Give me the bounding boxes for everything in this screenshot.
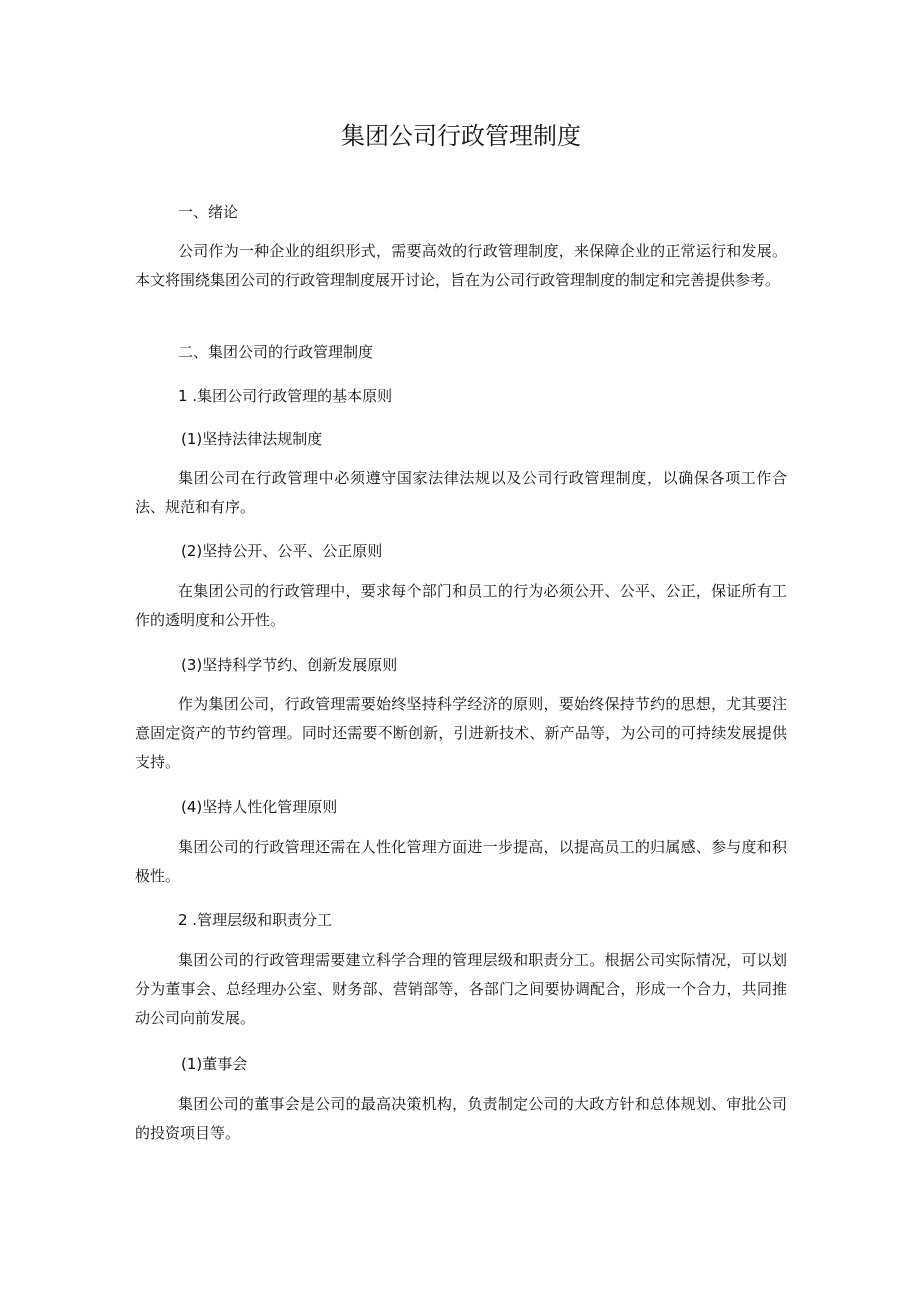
paragraph-hierarchy-duties: 集团公司的行政管理需要建立科学合理的管理层级和职责分工。根据公司实际情况，可以划… — [135, 946, 787, 1033]
item-heading-openness-fairness: (2)坚持公开、公平、公正原则 — [135, 537, 833, 566]
item-heading-board-of-directors: (1)董事会 — [135, 1050, 833, 1079]
paragraph-laws-regulations: 集团公司在行政管理中必须遵守国家法律法规以及公司行政管理制度，以确保各项工作合法… — [135, 464, 787, 522]
paragraph-economy-innovation: 作为集团公司，行政管理需要始终坚持科学经济的原则，要始终保持节约的思想，尤其要注… — [135, 690, 787, 777]
paragraph-humanized-management: 集团公司的行政管理还需在人性化管理方面进一步提高，以提高员工的归属感、参与度和积… — [135, 833, 787, 891]
subsection-heading-basic-principles: 1 .集团公司行政管理的基本原则 — [135, 382, 830, 411]
paragraph-introduction: 公司作为一种企业的组织形式，需要高效的行政管理制度，来保障企业的正常运行和发展。… — [135, 237, 787, 295]
item-heading-laws-regulations: (1)坚持法律法规制度 — [135, 425, 833, 454]
subsection-heading-hierarchy-duties: 2 .管理层级和职责分工 — [135, 906, 830, 935]
item-heading-economy-innovation: (3)坚持科学节约、创新发展原则 — [135, 651, 833, 680]
paragraph-board-of-directors: 集团公司的董事会是公司的最高决策机构，负责制定公司的大政方针和总体规划、审批公司… — [135, 1090, 787, 1148]
section-heading-admin-system: 二、集团公司的行政管理制度 — [135, 338, 830, 367]
section-heading-introduction: 一、绪论 — [135, 198, 830, 227]
item-heading-humanized-management: (4)坚持人性化管理原则 — [135, 793, 833, 822]
document-title: 集团公司行政管理制度 — [135, 118, 787, 154]
paragraph-openness-fairness: 在集团公司的行政管理中，要求每个部门和员工的行为必须公开、公平、公正，保证所有工… — [135, 577, 787, 635]
